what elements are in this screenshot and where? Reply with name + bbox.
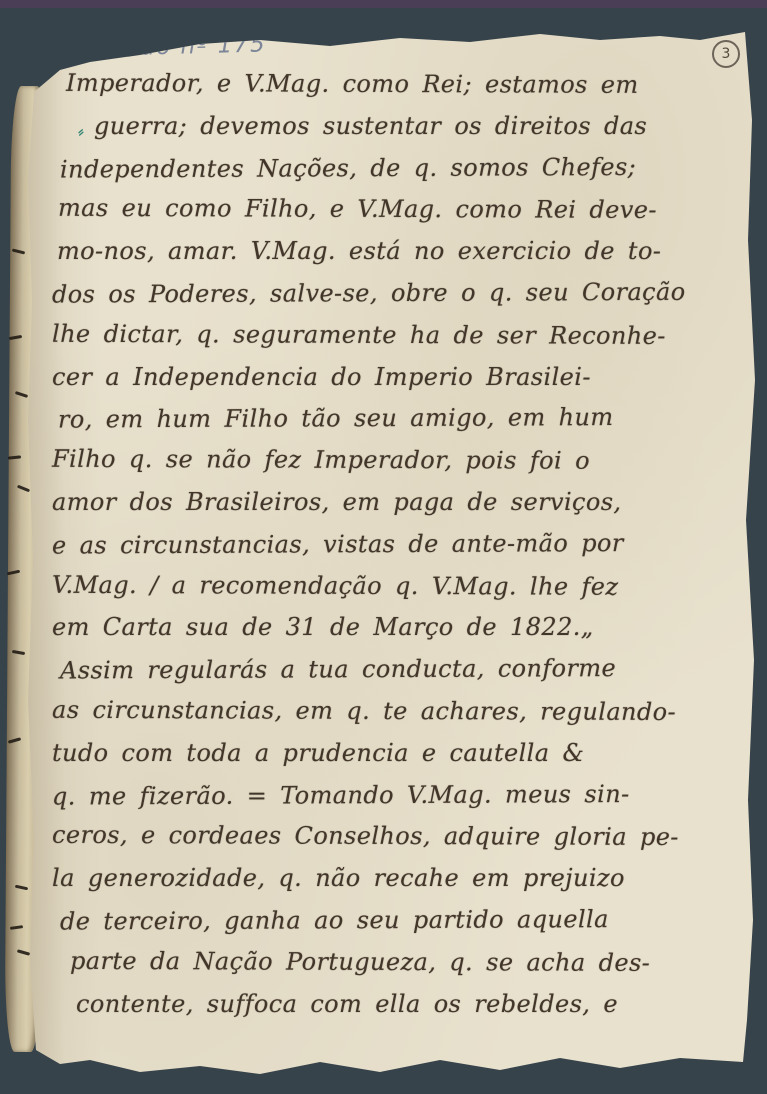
- handwritten-line: ro, em hum Filho tão seu amigo, em hum: [52, 403, 748, 448]
- handwritten-line: q. me fizerão. = Tomando V.Mag. meus sin…: [52, 779, 748, 824]
- handwritten-line: contente, suffoca com ella os rebeldes, …: [52, 990, 748, 1032]
- handwritten-line: lhe dictar, q. seguramente ha de ser Rec…: [52, 320, 748, 364]
- handwritten-line: la generozidade, q. não recahe em prejui…: [52, 864, 748, 906]
- handwritten-line: e as circunstancias, vistas de ante-mão …: [52, 528, 748, 573]
- scanner-bed-strip: [0, 0, 767, 8]
- continuation-note: cont. do nº 175: [66, 31, 267, 62]
- handwritten-line: dos os Poderes, salve-se, obre o q. seu …: [52, 277, 748, 322]
- handwritten-line: as circunstancias, em q. te achares, reg…: [52, 696, 748, 740]
- handwritten-line: em Carta sua de 31 de Março de 1822.„: [52, 613, 748, 655]
- handwritten-line: ceros, e cordeaes Conselhos, adquire glo…: [52, 821, 748, 865]
- handwritten-line: Filho q. se não fez Imperador, pois foi …: [52, 445, 748, 489]
- handwritten-line: Assim regularás a tua conducta, conforme: [52, 654, 748, 699]
- handwritten-line: parte da Nação Portugueza, q. se acha de…: [52, 947, 748, 991]
- handwritten-line: guerra; devemos sustentar os direitos da…: [52, 112, 748, 154]
- handwritten-line: amor dos Brasileiros, em paga de serviço…: [52, 488, 748, 530]
- handwritten-line: independentes Nações, de q. somos Chefes…: [52, 152, 748, 197]
- handwritten-text: Imperador, e V.Mag. como Rei; estamos em…: [52, 70, 748, 1031]
- handwritten-line: Imperador, e V.Mag. como Rei; estamos em: [52, 69, 748, 113]
- manuscript-page: cont. do nº 175 3 ⸗ Imperador, e V.Mag. …: [28, 26, 758, 1074]
- handwritten-line: mas eu como Filho, e V.Mag. como Rei dev…: [52, 194, 748, 238]
- handwritten-line: tudo com toda a prudencia e cautella &: [52, 739, 748, 781]
- scan-background: { "document": { "continuation_note": "co…: [0, 0, 767, 1094]
- page-number-badge: 3: [712, 40, 740, 68]
- handwritten-line: mo-nos, amar. V.Mag. está no exercicio d…: [52, 237, 748, 279]
- handwritten-line: V.Mag. / a recomendação q. V.Mag. lhe fe…: [52, 570, 748, 614]
- handwritten-line: cer a Independencia do Imperio Brasilei-: [52, 363, 748, 405]
- page-number-value: 3: [722, 46, 731, 62]
- handwritten-line: de terceiro, ganha ao seu partido aquell…: [52, 904, 748, 949]
